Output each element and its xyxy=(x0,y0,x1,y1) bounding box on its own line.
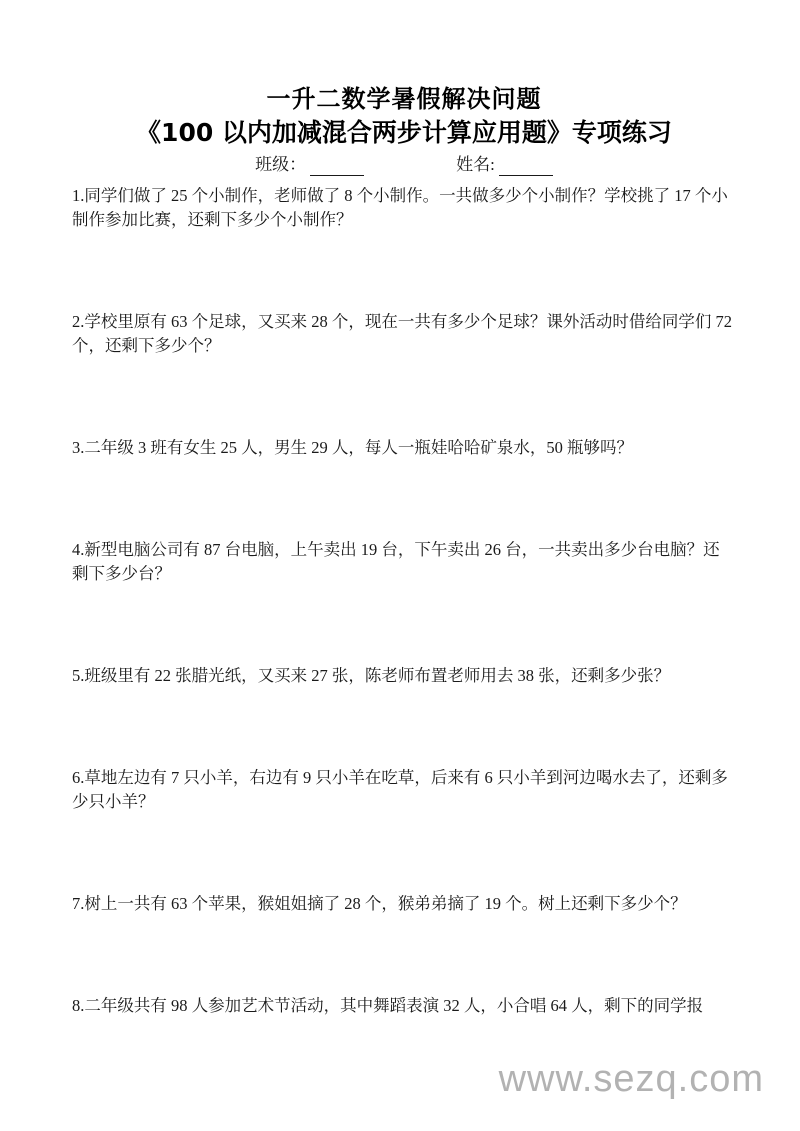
worksheet-subtitle: 《100 以内加减混合两步计算应用题》专项练习 xyxy=(72,116,736,150)
problem-2: 2.学校里原有 63 个足球，又买来 28 个，现在一共有多少个足球？课外活动时… xyxy=(72,310,736,358)
name-blank-line xyxy=(499,157,553,176)
name-field-group: 姓名: xyxy=(456,154,553,176)
problem-6: 6.草地左边有 7 只小羊，右边有 9 只小羊在吃草，后来有 6 只小羊到河边喝… xyxy=(72,766,736,814)
problem-7: 7.树上一共有 63 个苹果，猴姐姐摘了 28 个，猴弟弟摘了 19 个。树上还… xyxy=(72,892,736,916)
worksheet-page: 一升二数学暑假解决问题 《100 以内加减混合两步计算应用题》专项练习 班级： … xyxy=(0,0,800,1131)
problem-3: 3.二年级 3 班有女生 25 人，男生 29 人，每人一瓶娃哈哈矿泉水，50 … xyxy=(72,436,736,460)
site-watermark: www.sezq.com xyxy=(499,1058,764,1101)
class-name-row: 班级： 姓名: xyxy=(72,154,736,176)
problem-1: 1.同学们做了 25 个小制作，老师做了 8 个小制作。一共做多少个小制作？学校… xyxy=(72,184,736,232)
worksheet-title: 一升二数学暑假解决问题 xyxy=(72,84,736,114)
class-field-group: 班级： xyxy=(255,154,364,176)
name-label: 姓名: xyxy=(456,154,495,176)
class-blank-line xyxy=(310,157,364,176)
problem-5: 5.班级里有 22 张腊光纸，又买来 27 张，陈老师布置老师用去 38 张，还… xyxy=(72,664,736,688)
worksheet-content: 一升二数学暑假解决问题 《100 以内加减混合两步计算应用题》专项练习 班级： … xyxy=(72,84,736,1096)
problem-8: 8.二年级共有 98 人参加艺术节活动，其中舞蹈表演 32 人，小合唱 64 人… xyxy=(72,994,736,1018)
class-label: 班级： xyxy=(255,154,306,176)
problem-4: 4.新型电脑公司有 87 台电脑，上午卖出 19 台，下午卖出 26 台，一共卖… xyxy=(72,538,736,586)
